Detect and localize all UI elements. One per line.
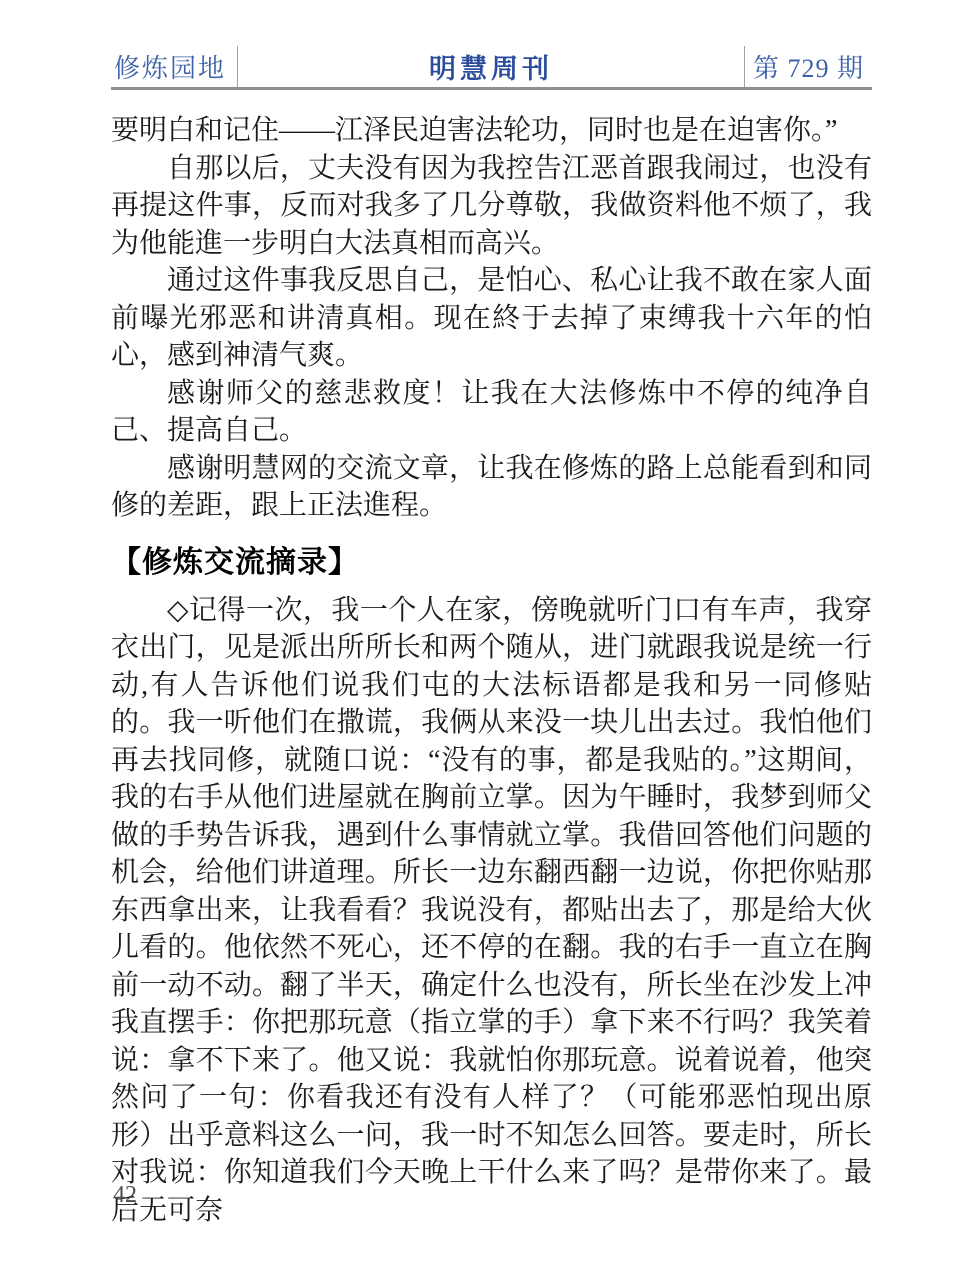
page-number: 42	[113, 1182, 137, 1209]
paragraph: ◇记得一次，我一个人在家，傍晚就听门口有车声，我穿衣出门，见是派出所所长和两个随…	[111, 592, 872, 1230]
paragraph: 感谢师父的慈悲救度！让我在大法修炼中不停的纯净自己、提高自己。	[111, 375, 872, 450]
issue-number: 第 729 期	[744, 46, 872, 87]
publication-title: 明慧周刊	[238, 46, 744, 87]
page-content: 修炼园地 明慧周刊 第 729 期 要明白和记住——江泽民迫害法轮功，同时也是在…	[111, 46, 872, 1229]
section-heading: 【修炼交流摘录】	[111, 542, 872, 584]
paragraph: 自那以后，丈夫没有因为我控告江恶首跟我闹过，也没有再提这件事，反而对我多了几分尊…	[111, 150, 872, 263]
paragraph: 要明白和记住——江泽民迫害法轮功，同时也是在迫害你。”	[111, 112, 872, 150]
header-section-label: 修炼园地	[111, 46, 238, 87]
paragraph: 通过这件事我反思自己，是怕心、私心让我不敢在家人面前曝光邪恶和讲清真相。现在終于…	[111, 262, 872, 375]
paragraph: 感谢明慧网的交流文章，让我在修炼的路上总能看到和同修的差距，跟上正法進程。	[111, 450, 872, 525]
page-header: 修炼园地 明慧周刊 第 729 期	[111, 46, 872, 90]
document-page: 修炼园地 明慧周刊 第 729 期 要明白和记住——江泽民迫害法轮功，同时也是在…	[0, 0, 978, 1265]
article-body: 要明白和记住——江泽民迫害法轮功，同时也是在迫害你。” 自那以后，丈夫没有因为我…	[111, 112, 872, 1229]
